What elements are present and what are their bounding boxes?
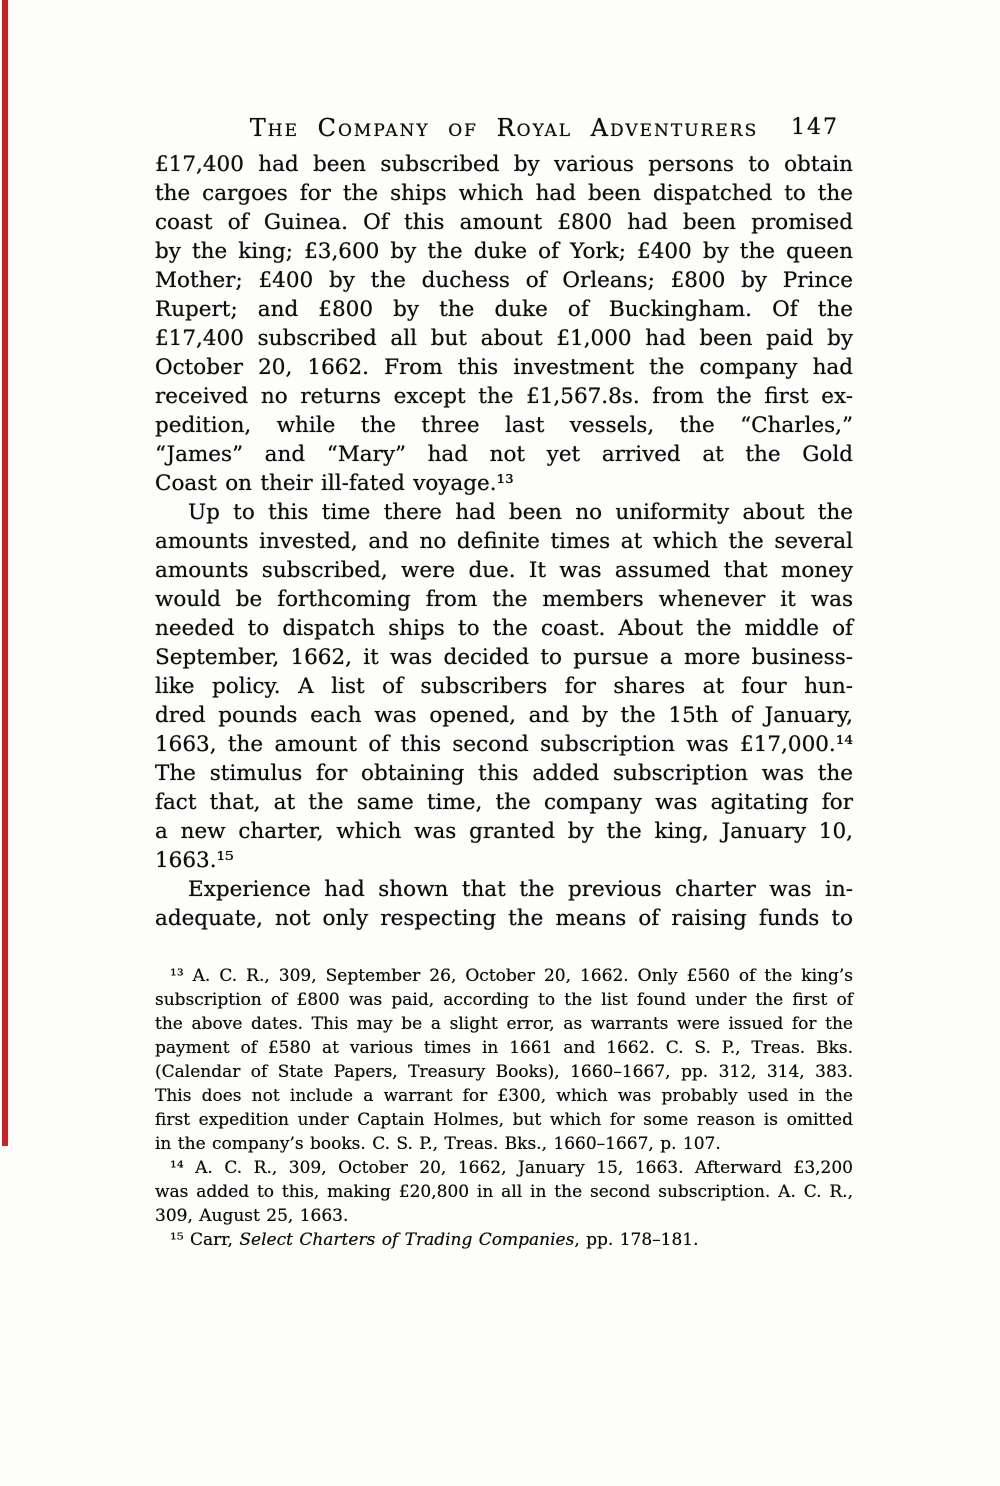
- text-line: “James” and “Mary” had not yet arrived a…: [155, 440, 853, 469]
- text-line: amounts invested, and no definite times …: [155, 527, 853, 556]
- text-line: The stimulus for obtaining this added su…: [155, 759, 853, 788]
- text-line: £17,400 subscribed all but about £1,000 …: [155, 324, 853, 353]
- text-line: Up to this time there had been no unifor…: [155, 498, 853, 527]
- text-line: September, 1662, it was decided to pursu…: [155, 643, 853, 672]
- text-line: October 20, 1662. From this investment t…: [155, 353, 853, 382]
- text-line: the cargoes for the ships which had been…: [155, 179, 853, 208]
- book-title-italic: Select Charters of Trading Companies: [239, 1230, 574, 1250]
- body-text: £17,400 had been subscribed by various p…: [155, 150, 853, 933]
- footnote-15: ¹⁵ Carr, Select Charters of Trading Comp…: [155, 1228, 853, 1252]
- footnote-14: ¹⁴ A. C. R., 309, October 20, 1662, Janu…: [155, 1156, 853, 1228]
- text-line: a new charter, which was granted by the …: [155, 817, 853, 846]
- text-line: fact that, at the same time, the company…: [155, 788, 853, 817]
- footnotes-section: ¹³ A. C. R., 309, September 26, October …: [155, 964, 853, 1252]
- text-line: like policy. A list of subscribers for s…: [155, 672, 853, 701]
- footnote-line: This does not include a warrant for £300…: [155, 1084, 853, 1108]
- page-number: 147: [791, 115, 839, 140]
- footnote-line: ¹⁵ Carr, Select Charters of Trading Comp…: [155, 1228, 853, 1252]
- footnote-line: ¹⁴ A. C. R., 309, October 20, 1662, Janu…: [155, 1156, 853, 1180]
- paragraph: Experience had shown that the previous c…: [155, 875, 853, 933]
- text-line: Rupert; and £800 by the duke of Buckingh…: [155, 295, 853, 324]
- text-line: Coast on their ill-fated voyage.¹³: [155, 469, 853, 498]
- text-line: would be forthcoming from the members wh…: [155, 585, 853, 614]
- footnote-line: payment of £580 at various times in 1661…: [155, 1036, 853, 1060]
- text-line: received no returns except the £1,567.8s…: [155, 382, 853, 411]
- scanned-book-page: The Company of Royal Adventurers 147 £17…: [0, 0, 1000, 1486]
- footnote-line: the above dates. This may be a slight er…: [155, 1012, 853, 1036]
- footnote-line: (Calendar of State Papers, Treasury Book…: [155, 1060, 853, 1084]
- text-line: needed to dispatch ships to the coast. A…: [155, 614, 853, 643]
- footnote-line: ¹³ A. C. R., 309, September 26, October …: [155, 964, 853, 988]
- text-line: 1663, the amount of this second subscrip…: [155, 730, 853, 759]
- text-line: Mother; £400 by the duchess of Orleans; …: [155, 266, 853, 295]
- text-line: Experience had shown that the previous c…: [155, 875, 853, 904]
- text-line: coast of Guinea. Of this amount £800 had…: [155, 208, 853, 237]
- footnote-line: first expedition under Captain Holmes, b…: [155, 1108, 853, 1132]
- footnote-line: in the company’s books. C. S. P., Treas.…: [155, 1132, 853, 1156]
- footnote-text: , pp. 178–181.: [574, 1230, 698, 1250]
- paragraph: Up to this time there had been no unifor…: [155, 498, 853, 875]
- text-line: amounts subscribed, were due. It was ass…: [155, 556, 853, 585]
- text-block: The Company of Royal Adventurers 147 £17…: [155, 114, 853, 1252]
- running-head: The Company of Royal Adventurers 147: [155, 114, 853, 140]
- text-line: £17,400 had been subscribed by various p…: [155, 150, 853, 179]
- text-line: by the king; £3,600 by the duke of York;…: [155, 237, 853, 266]
- paragraph: £17,400 had been subscribed by various p…: [155, 150, 853, 498]
- red-scan-edge-strip: [2, 0, 8, 1146]
- footnote-line: 309, August 25, 1663.: [155, 1204, 853, 1228]
- footnote-13: ¹³ A. C. R., 309, September 26, October …: [155, 964, 853, 1156]
- footnote-text: ¹⁵ Carr,: [170, 1230, 239, 1250]
- text-line: pedition, while the three last vessels, …: [155, 411, 853, 440]
- footnote-line: was added to this, making £20,800 in all…: [155, 1180, 853, 1204]
- text-line: 1663.¹⁵: [155, 846, 853, 875]
- text-line: dred pounds each was opened, and by the …: [155, 701, 853, 730]
- page-title: The Company of Royal Adventurers: [250, 114, 758, 142]
- footnote-line: subscription of £800 was paid, according…: [155, 988, 853, 1012]
- text-line: adequate, not only respecting the means …: [155, 904, 853, 933]
